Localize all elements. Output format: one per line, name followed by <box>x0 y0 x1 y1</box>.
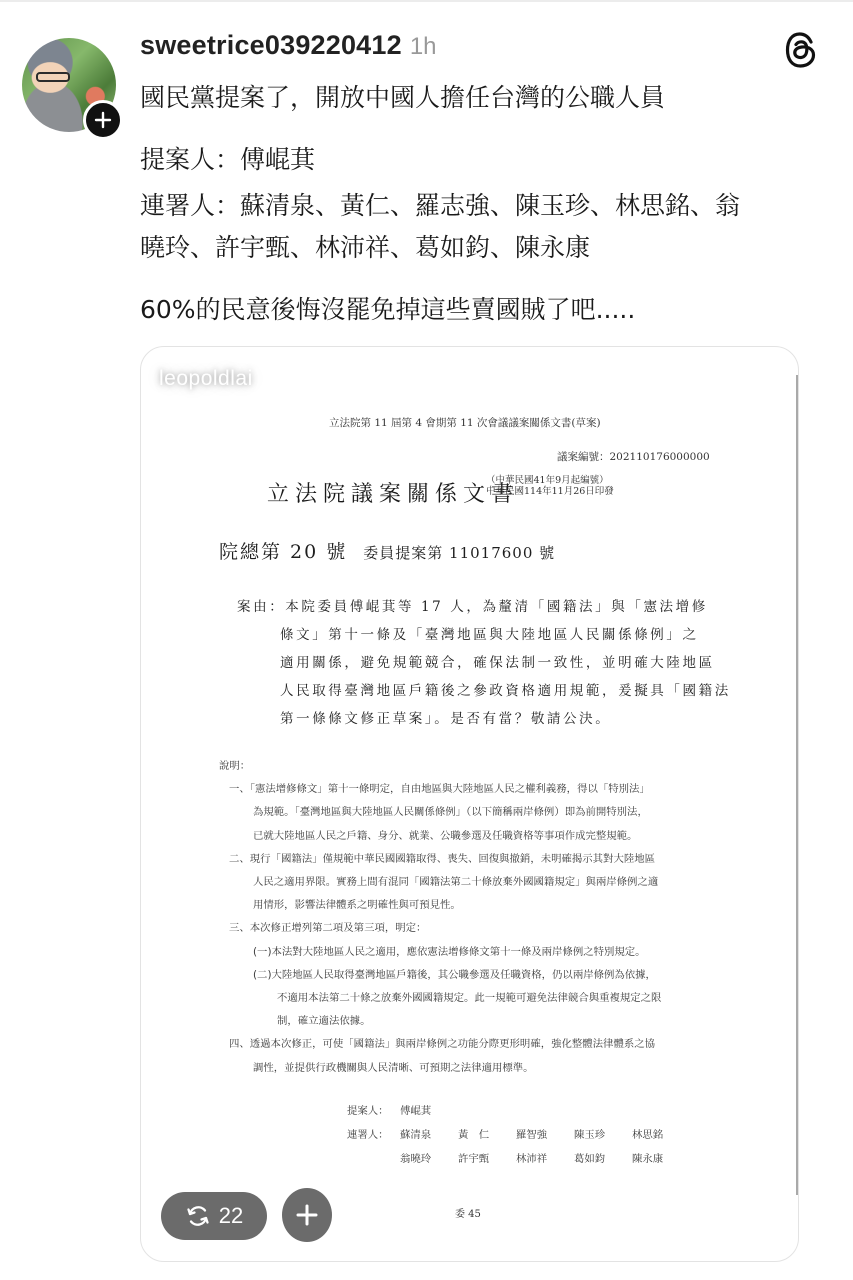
cosigner-name: 許宇甄 <box>458 1147 516 1171</box>
cosigner-name: 葛如鈞 <box>574 1147 632 1171</box>
explain-line: 用情形，影響法律體系之明確性與可預見性。 <box>219 894 739 917</box>
repost-button[interactable]: 22 <box>161 1192 267 1240</box>
plus-icon <box>94 111 112 129</box>
title-note-print-date: 中華民國114年11月26日印發 <box>486 486 614 497</box>
explain-line: 四、透過本次修正，可使「國籍法」與兩岸條例之功能分際更形明確，強化整體法律體系之… <box>219 1033 739 1056</box>
reason-line: 人民取得臺灣地區戶籍後之參政資格適用規範，爰擬具「國籍法 <box>237 677 727 705</box>
post-text-line: 連署人：蘇清泉、黃仁、羅志強、陳玉珍、林思銘、翁 <box>140 188 740 224</box>
document-reason: 案由：本院委員傅崐萁等 17 人，為釐清「國籍法」與「憲法增修 條文」第十一條及… <box>237 593 727 733</box>
document-explanation: 說明： 一、「憲法增修條文」第十一條明定，自由地區與大陸地區人民之權利義務，得以… <box>219 755 739 1080</box>
bill-number: 議案編號：202110176000000 <box>557 449 710 464</box>
post-header: sweetrice039220412 1h <box>140 30 437 70</box>
document-signers: 提案人： 傅崐萁 連署人： 蘇清泉 黃 仁 羅智強 陳玉珍 林思銘 翁曉玲 許宇… <box>347 1099 690 1171</box>
reason-line: 適用關係，避免規範競合，確保法制一致性，並明確大陸地區 <box>237 649 727 677</box>
explain-line: 為規範。「臺灣地區與大陸地區人民關係條例」（以下簡稱兩岸條例）即為前開特別法， <box>219 801 739 824</box>
explain-line: (二)大陸地區人民取得臺灣地區戶籍後，其公職參選及任職資格，仍以兩岸條例為依據， <box>219 964 739 987</box>
ref-main: 院總第 20 號 <box>219 541 347 563</box>
document-reference: 院總第 20 號委員提案第 11017600 號 <box>219 537 555 564</box>
cosigner-name: 陳玉珍 <box>574 1123 632 1147</box>
document-header-line: 立法院第 11 屆第 4 會期第 11 次會議議案關係文書(草案) <box>329 415 601 430</box>
cosigner-name: 翁曉玲 <box>400 1147 458 1171</box>
post-timestamp: 1h <box>410 33 437 61</box>
repost-icon <box>185 1203 211 1229</box>
cosigner-name: 林沛祥 <box>516 1147 574 1171</box>
explain-line: 已就大陸地區人民之戶籍、身分、就業、公職參選及任職資格等事項作成完整規範。 <box>219 825 739 848</box>
username-link[interactable]: sweetrice039220412 <box>140 30 402 61</box>
explain-line: 三、本次修正增列第二項及第三項，明定： <box>219 917 739 940</box>
post-text-line: 國民黨提案了，開放中國人擔任台灣的公職人員 <box>140 80 665 116</box>
plus-icon <box>295 1203 319 1227</box>
post-text-line: 曉玲、許宇甄、林沛祥、葛如鈞、陳永康 <box>140 230 590 266</box>
post-text-line: 提案人：傅崐萁 <box>140 142 315 178</box>
reason-line: 案由：本院委員傅崐萁等 17 人，為釐清「國籍法」與「憲法增修 <box>237 593 727 621</box>
explain-line: 調性，並提供行政機關與人民清晰、可預期之法律適用標準。 <box>219 1057 739 1080</box>
explain-line: (一)本法對大陸地區人民之適用，應依憲法增修條文第十一條及兩岸條例之特別規定。 <box>219 941 739 964</box>
document-scan: 立法院第 11 屆第 4 會期第 11 次會議議案關係文書(草案) 議案編號：2… <box>141 347 798 1261</box>
cosigner-name: 林思銘 <box>632 1123 690 1147</box>
avatar-glasses-detail <box>36 72 70 82</box>
follow-button[interactable] <box>83 100 123 140</box>
watermark: leopoldlai <box>159 367 253 391</box>
proposer-label: 提案人： <box>347 1099 400 1123</box>
explain-label: 說明： <box>219 755 739 778</box>
explain-line: 制，確立適法依據。 <box>219 1010 739 1033</box>
document-title-note: （中華民國41年9月起編號） 中華民國114年11月26日印發 <box>486 475 614 497</box>
cosigner-name: 羅智強 <box>516 1123 574 1147</box>
document-edge <box>796 375 798 1195</box>
reason-line: 第一條條文修正草案」。是否有當？敬請公決。 <box>237 705 727 733</box>
repost-count: 22 <box>219 1203 243 1229</box>
document-page-number: 委 45 <box>455 1205 481 1220</box>
ref-sub: 委員提案第 11017600 號 <box>363 544 555 562</box>
threads-logo-icon[interactable] <box>784 31 818 69</box>
cosigner-label: 連署人： <box>347 1123 400 1147</box>
explain-line: 一、「憲法增修條文」第十一條明定，自由地區與大陸地區人民之權利義務，得以「特別法… <box>219 778 739 801</box>
media-image[interactable]: 立法院第 11 屆第 4 會期第 11 次會議議案關係文書(草案) 議案編號：2… <box>140 346 799 1262</box>
explain-line: 人民之適用界限。實務上間有混同「國籍法第二十條放棄外國國籍規定」與兩岸條例之適 <box>219 871 739 894</box>
document-title: 立法院議案關係文書 <box>267 477 519 508</box>
reason-line: 條文」第十一條及「臺灣地區與大陸地區人民關係條例」之 <box>237 621 727 649</box>
cosigner-name: 蘇清泉 <box>400 1123 458 1147</box>
top-divider <box>0 0 853 2</box>
add-button[interactable] <box>282 1188 332 1242</box>
explain-line: 二、現行「國籍法」僅規範中華民國國籍取得、喪失、回復與撤銷，未明確揭示其對大陸地… <box>219 848 739 871</box>
cosigner-name: 黃 仁 <box>458 1123 516 1147</box>
explain-line: 不適用本法第二十條之放棄外國國籍規定。此一規範可避免法律競合與重複規定之限 <box>219 987 739 1010</box>
cosigner-name: 陳永康 <box>632 1147 690 1171</box>
title-note-numbering: （中華民國41年9月起編號） <box>486 475 614 486</box>
proposer-name: 傅崐萁 <box>400 1099 458 1123</box>
post-text-line: 60%的民意後悔沒罷免掉這些賣國賊了吧..... <box>140 292 635 328</box>
